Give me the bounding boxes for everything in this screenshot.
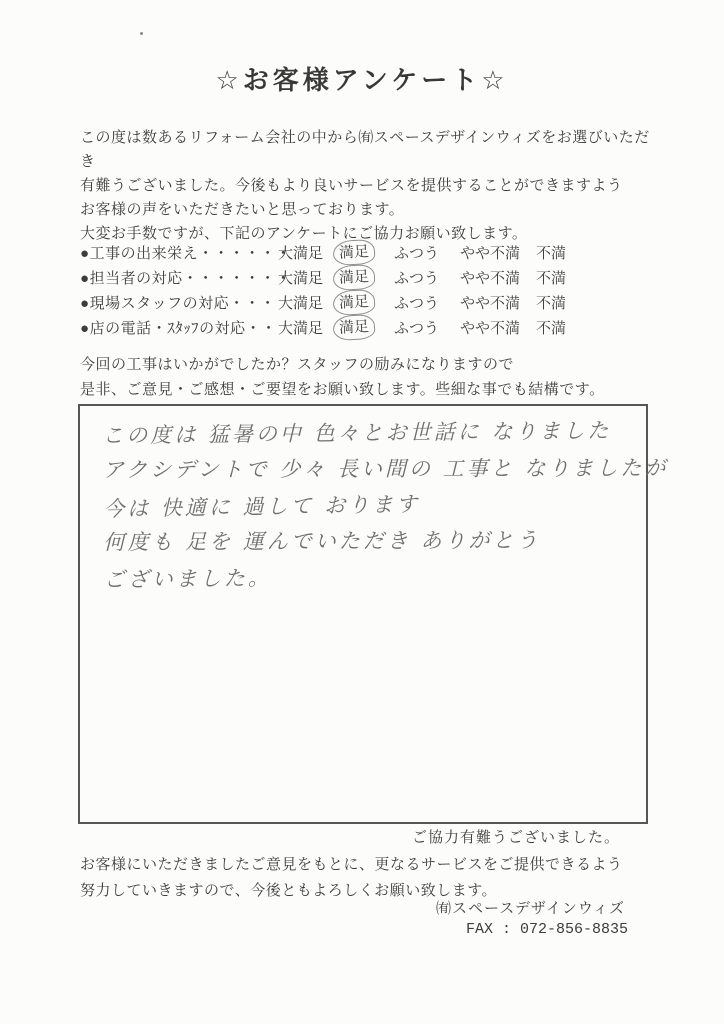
leader-dots: ・・ bbox=[246, 320, 277, 337]
scanned-questionnaire-page: ☆お客様アンケート☆ この度は数あるリフォーム会社の中から㈲スペースデザインウィ… bbox=[0, 0, 724, 1024]
option-fuman: 不満 bbox=[536, 267, 582, 288]
option-manzoku-selected: 満足 bbox=[328, 315, 380, 340]
intro-line: 有難うございました。今後もより良いサービスを提供することができますよう bbox=[80, 174, 664, 198]
leader-dots: ・・・・・・・ bbox=[183, 270, 292, 287]
survey-row-site-staff: ●現場スタッフの対応・・・ 大満足 満足 ふつう やや不満 不満 bbox=[80, 290, 582, 315]
handwritten-line: アクシデントで 少々 長い間の 工事と なりましたが bbox=[103, 450, 637, 488]
option-daimanzoku: 大満足 bbox=[278, 292, 328, 313]
handdrawn-circle-annotation: 満足 bbox=[332, 264, 375, 291]
survey-item-label: ●工事の出来栄え・・・・・・ bbox=[80, 242, 278, 263]
scan-artifact bbox=[140, 32, 143, 35]
comment-prompt: 今回の工事はいかがでしたか？スタッフの励みになりますので 是非、ご意見・ご感想・… bbox=[80, 352, 664, 402]
handwritten-line: 何度も 足を 運んでいただき ありがとう bbox=[103, 522, 637, 561]
option-yaya-fuman: やや不満 bbox=[460, 317, 530, 338]
bullet-icon: ● bbox=[80, 245, 90, 262]
option-yaya-fuman: やや不満 bbox=[460, 292, 530, 313]
option-yaya-fuman: やや不満 bbox=[460, 242, 530, 263]
option-futsuu: ふつう bbox=[394, 267, 450, 288]
intro-line: この度は数あるリフォーム会社の中から㈲スペースデザインウィズをお選びいただき bbox=[80, 126, 664, 174]
page-title: ☆お客様アンケート☆ bbox=[0, 60, 724, 97]
handdrawn-circle-annotation: 満足 bbox=[332, 239, 375, 266]
survey-row-staff-in-charge: ●担当者の対応・・・・・・・ 大満足 満足 ふつう やや不満 不満 bbox=[80, 265, 582, 290]
survey-row-workmanship: ●工事の出来栄え・・・・・・ 大満足 満足 ふつう やや不満 不満 bbox=[80, 240, 582, 265]
option-yaya-fuman: やや不満 bbox=[460, 267, 530, 288]
handwritten-comment: この度は 猛暑の中 色々とお世話に なりました アクシデントで 少々 長い間の … bbox=[80, 400, 648, 598]
handwritten-line: 今は 快適に 過して おります bbox=[103, 483, 637, 527]
survey-item-label: ●担当者の対応・・・・・・・ bbox=[80, 267, 278, 288]
company-name: ㈲スペースデザインウィズ bbox=[436, 897, 625, 918]
prompt-line: 是非、ご意見・ご感想・ご要望をお願い致します。些細な事でも結構です。 bbox=[80, 377, 664, 402]
thanks-line: ご協力有難うございました。 bbox=[412, 826, 620, 847]
handwritten-line: この度は 猛暑の中 色々とお世話に なりました bbox=[102, 412, 636, 454]
option-manzoku-selected: 満足 bbox=[328, 265, 380, 290]
option-manzoku-selected: 満足 bbox=[328, 240, 380, 265]
option-daimanzoku: 大満足 bbox=[278, 242, 328, 263]
option-daimanzoku: 大満足 bbox=[278, 267, 328, 288]
option-fuman: 不満 bbox=[536, 317, 582, 338]
handdrawn-circle-annotation: 満足 bbox=[332, 289, 375, 316]
closing-line: お客様にいただきましたご意見をもとに、更なるサービスをご提供できるよう bbox=[80, 852, 664, 878]
comment-box: この度は 猛暑の中 色々とお世話に なりました アクシデントで 少々 長い間の … bbox=[78, 404, 648, 824]
intro-paragraph: この度は数あるリフォーム会社の中から㈲スペースデザインウィズをお選びいただき 有… bbox=[80, 126, 664, 246]
intro-line: お客様の声をいただきたいと思っております。 bbox=[80, 198, 664, 222]
bullet-icon: ● bbox=[80, 320, 90, 337]
survey-row-shop-phone: ●店の電話・ｽﾀｯﾌの対応・・ 大満足 満足 ふつう やや不満 不満 bbox=[80, 315, 582, 340]
survey-items: ●工事の出来栄え・・・・・・ 大満足 満足 ふつう やや不満 不満 ●担当者の対… bbox=[80, 240, 582, 340]
bullet-icon: ● bbox=[80, 270, 90, 287]
fax-number: FAX : 072-856-8835 bbox=[466, 921, 628, 938]
option-manzoku-selected: 満足 bbox=[328, 290, 380, 315]
option-daimanzoku: 大満足 bbox=[278, 317, 328, 338]
handwritten-line: ございました。 bbox=[104, 556, 638, 598]
option-futsuu: ふつう bbox=[394, 292, 450, 313]
option-fuman: 不満 bbox=[536, 242, 582, 263]
handdrawn-circle-annotation: 満足 bbox=[332, 314, 375, 341]
leader-dots: ・・・ bbox=[229, 295, 276, 312]
prompt-line: 今回の工事はいかがでしたか？スタッフの励みになりますので bbox=[80, 352, 664, 377]
survey-item-label: ●現場スタッフの対応・・・ bbox=[80, 292, 278, 313]
bullet-icon: ● bbox=[80, 295, 90, 312]
option-futsuu: ふつう bbox=[394, 317, 450, 338]
option-fuman: 不満 bbox=[536, 292, 582, 313]
option-futsuu: ふつう bbox=[394, 242, 450, 263]
survey-item-label: ●店の電話・ｽﾀｯﾌの対応・・ bbox=[80, 317, 278, 338]
